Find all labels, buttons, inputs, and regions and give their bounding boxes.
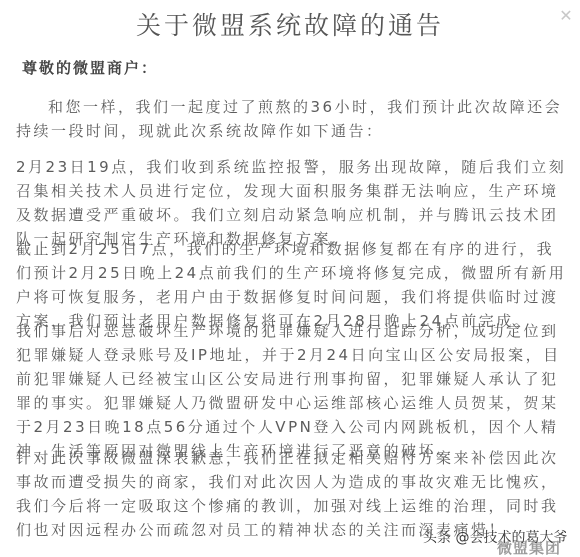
notice-dialog: 关于微盟系统故障的通告 ✕ 尊敬的微盟商户： 和您一样，我们一起度过了煎熬的36… <box>0 0 580 557</box>
paragraph-investigation: 我们事后对恶意破坏生产环境的犯罪嫌疑人进行追踪分析，成功定位到 犯罪嫌疑人登录账… <box>16 319 572 463</box>
paragraph-line: 户将可恢复服务，老用户由于数据修复时间问题，我们将提供临时过渡 <box>16 285 572 309</box>
paragraph-line: 前犯罪嫌疑人已经被宝山区公安局进行刑事拘留，犯罪嫌疑人承认了犯 <box>16 367 572 391</box>
paragraph-line: 持续一段时间，现就此次系统故障作如下通告： <box>16 119 572 143</box>
greeting: 尊敬的微盟商户： <box>22 57 158 78</box>
paragraph-line: 事故而遭受损失的商家，我们对此次因人为造成的事故灾难无比愧疚， <box>16 470 572 494</box>
paragraph-line: 于2月23日晚18点56分通过个人VPN登入公司内网跳板机，因个人精 <box>16 415 572 439</box>
paragraph-line: 及数据遭受严重破坏。我们立刻启动紧急响应机制，并与腾讯云技术团 <box>16 203 572 227</box>
paragraph-line: 截止到2月25日7点，我们的生产环境和数据修复都在有序的进行，我 <box>16 237 572 261</box>
paragraph-line: 和您一样，我们一起度过了煎熬的36小时，我们预计此次故障还会 <box>16 95 572 119</box>
watermark: 头条 @会技术的葛大爷 <box>423 527 567 547</box>
paragraph-line: 犯罪嫌疑人登录账号及IP地址，并于2月24日向宝山区公安局报案，目 <box>16 343 572 367</box>
paragraph-line: 召集相关技术人员进行定位，发现大面积服务集群无法响应，生产环境 <box>16 179 572 203</box>
paragraph-line: 针对此次事故微盟深表歉意，我们正在拟定相关赔付方案来补偿因此次 <box>16 446 572 470</box>
notice-title: 关于微盟系统故障的通告 <box>0 6 580 42</box>
close-icon[interactable]: ✕ <box>559 9 573 23</box>
paragraph-line: 我们事后对恶意破坏生产环境的犯罪嫌疑人进行追踪分析，成功定位到 <box>16 319 572 343</box>
paragraph-line: 罪的事实。犯罪嫌疑人乃微盟研发中心运维部核心运维人员贺某，贺某 <box>16 391 572 415</box>
paragraph-line: 2月23日19点，我们收到系统监控报警，服务出现故障，随后我们立刻 <box>16 155 572 179</box>
paragraph-line: 们预计2月25日晚上24点前我们的生产环境将修复完成，微盟所有新用 <box>16 261 572 285</box>
paragraph-intro: 和您一样，我们一起度过了煎熬的36小时，我们预计此次故障还会 持续一段时间，现就… <box>16 95 572 143</box>
paragraph-line: 我们今后将一定吸取这个惨痛的教训，加强对线上运维的治理，同时我 <box>16 494 572 518</box>
